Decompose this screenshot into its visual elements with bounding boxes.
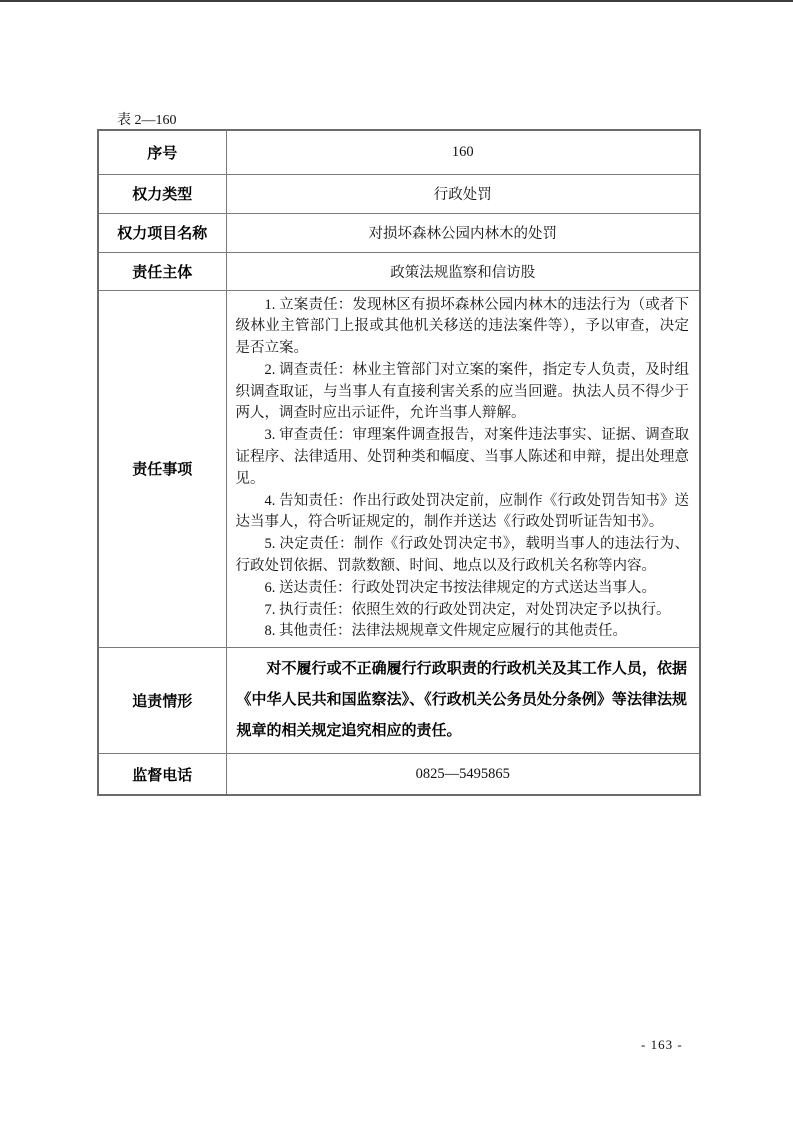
row-label-power-item-name: 权力项目名称 bbox=[98, 213, 226, 252]
table-row-responsible-subject: 责任主体 政策法规监察和信访股 bbox=[98, 252, 700, 290]
responsibility-item: 4. 告知责任：作出行政处罚决定前，应制作《行政处罚告知书》送达当事人，符合听证… bbox=[236, 491, 690, 535]
responsibility-item: 3. 审查责任：审理案件调查报告，对案件违法事实、证据、调查取证程序、法律适用、… bbox=[236, 425, 690, 490]
table-row-accountability-circumstances: 追责情形 对不履行或不正确履行行政职责的行政机关及其工作人员，依据《中华人民共和… bbox=[98, 648, 700, 754]
table-row-serial-number: 序号 160 bbox=[98, 130, 700, 174]
row-label-accountability-circumstances: 追责情形 bbox=[98, 648, 226, 754]
responsibility-table: 序号 160 权力类型 行政处罚 权力项目名称 对损坏森林公园内林木的处罚 责任… bbox=[97, 129, 701, 796]
row-value-power-type: 行政处罚 bbox=[226, 174, 700, 213]
row-value-power-item-name: 对损坏森林公园内林木的处罚 bbox=[226, 213, 700, 252]
accountability-paragraph: 对不履行或不正确履行行政职责的行政机关及其工作人员，依据《中华人民共和国监察法》… bbox=[237, 654, 688, 747]
table-row-power-item-name: 权力项目名称 对损坏森林公园内林木的处罚 bbox=[98, 213, 700, 252]
responsibility-item: 1. 立案责任：发现林区有损坏森林公园内林木的违法行为（或者下级林业主管部门上报… bbox=[236, 295, 690, 360]
row-value-responsibility-items: 1. 立案责任：发现林区有损坏森林公园内林木的违法行为（或者下级林业主管部门上报… bbox=[226, 290, 700, 648]
row-value-accountability-circumstances: 对不履行或不正确履行行政职责的行政机关及其工作人员，依据《中华人民共和国监察法》… bbox=[226, 648, 700, 754]
row-value-serial-number: 160 bbox=[226, 130, 700, 174]
row-label-power-type: 权力类型 bbox=[98, 174, 226, 213]
responsibility-item: 6. 送达责任：行政处罚决定书按法律规定的方式送达当事人。 bbox=[236, 578, 690, 600]
row-label-responsible-subject: 责任主体 bbox=[98, 252, 226, 290]
page-number: - 163 - bbox=[641, 1037, 683, 1053]
row-label-responsibility-items: 责任事项 bbox=[98, 290, 226, 648]
table-row-responsibility-items: 责任事项 1. 立案责任：发现林区有损坏森林公园内林木的违法行为（或者下级林业主… bbox=[98, 290, 700, 648]
responsibility-item: 5. 决定责任：制作《行政处罚决定书》，载明当事人的违法行为、行政处罚依据、罚款… bbox=[236, 534, 690, 578]
responsibility-item: 8. 其他责任：法律法规规章文件规定应履行的其他责任。 bbox=[236, 621, 690, 643]
row-value-supervision-phone: 0825—5495865 bbox=[226, 754, 700, 795]
row-label-supervision-phone: 监督电话 bbox=[98, 754, 226, 795]
row-value-responsible-subject: 政策法规监察和信访股 bbox=[226, 252, 700, 290]
responsibility-item: 2. 调查责任：林业主管部门对立案的案件，指定专人负责，及时组织调查取证，与当事… bbox=[236, 360, 690, 425]
table-row-power-type: 权力类型 行政处罚 bbox=[98, 174, 700, 213]
table-caption: 表 2—160 bbox=[117, 109, 177, 129]
page-top-edge-line bbox=[0, 0, 793, 2]
row-label-serial-number: 序号 bbox=[98, 130, 226, 174]
table-row-supervision-phone: 监督电话 0825—5495865 bbox=[98, 754, 700, 795]
responsibility-item: 7. 执行责任：依照生效的行政处罚决定，对处罚决定予以执行。 bbox=[236, 600, 690, 622]
